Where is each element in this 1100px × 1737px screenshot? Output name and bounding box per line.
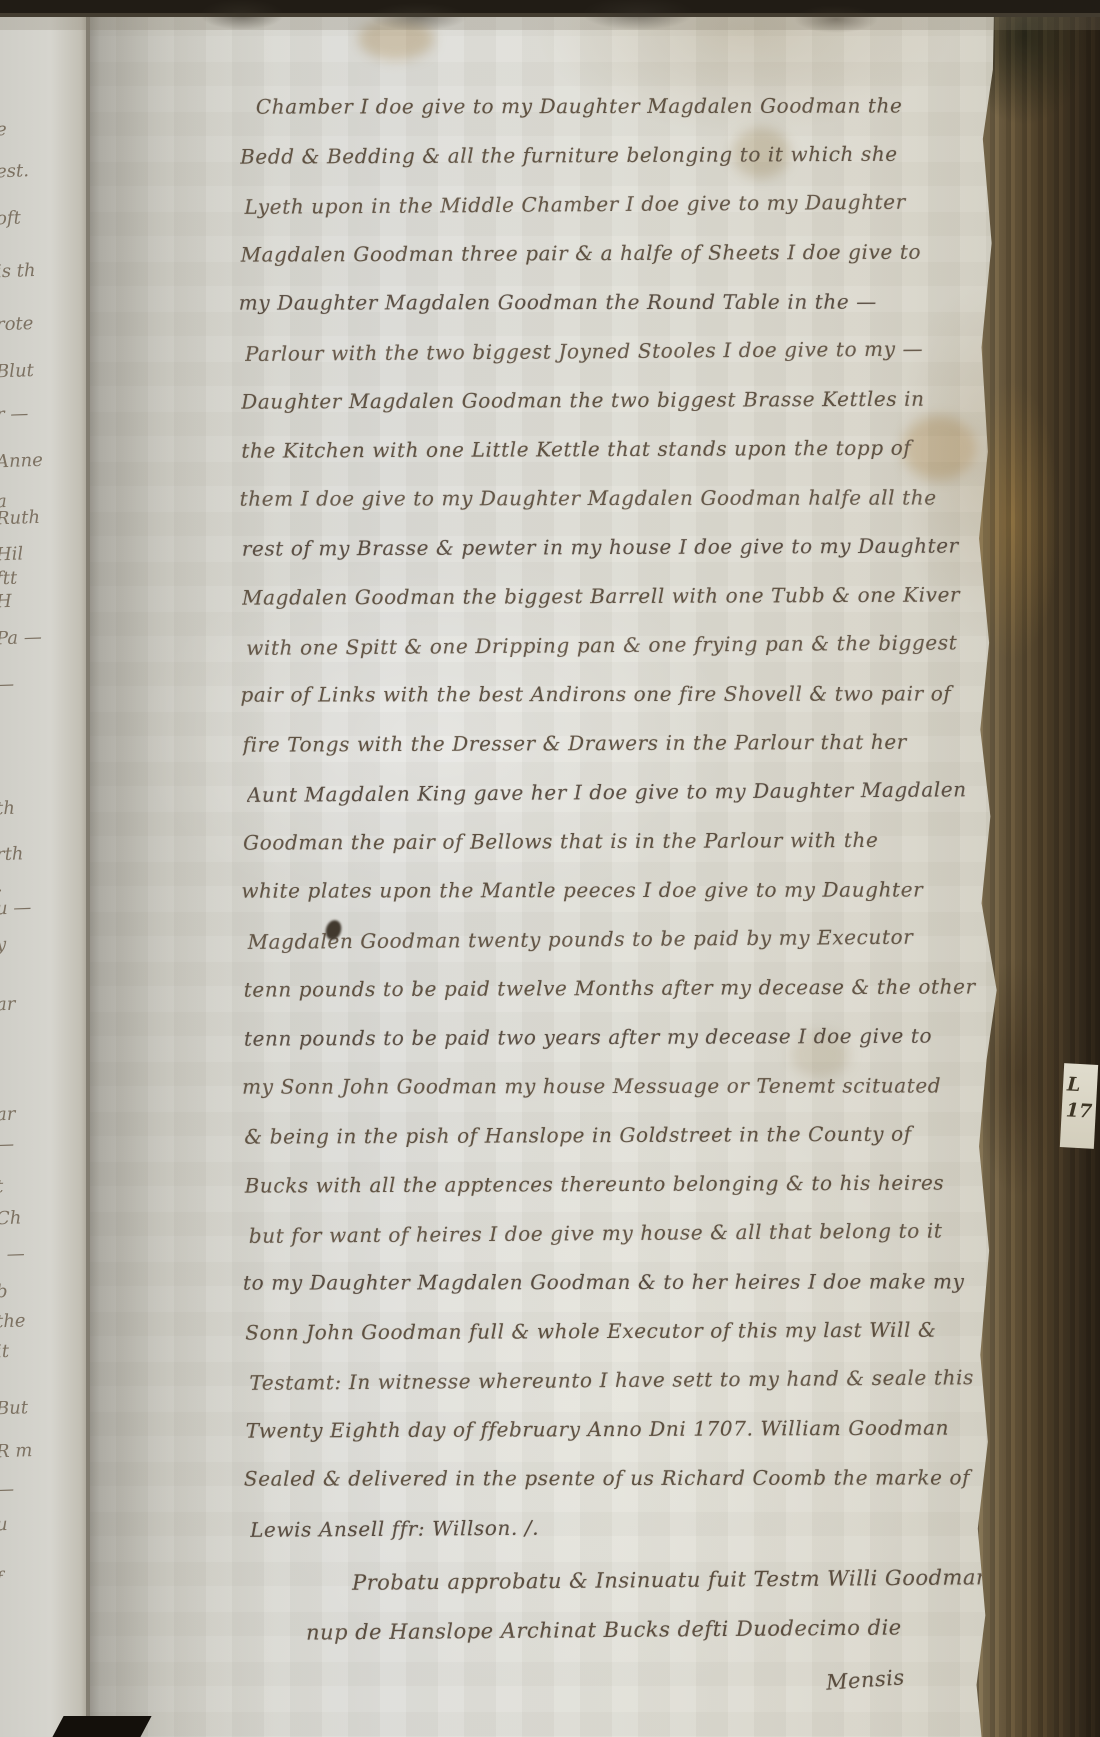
margin-fragment-text: b xyxy=(0,1279,74,1303)
margin-fragment-text: ar xyxy=(0,1102,74,1126)
manuscript-line: Bucks with all the apptences thereunto b… xyxy=(245,1160,993,1212)
margin-fragment-text: rth xyxy=(0,842,74,866)
margin-fragment-text: it xyxy=(0,1339,74,1363)
margin-fragment-text: — xyxy=(0,672,74,696)
margin-fragment-text: the xyxy=(0,1309,74,1333)
manuscript-line: them I doe give to my Daughter Magdalen … xyxy=(240,475,990,525)
manuscript-line: white plates upon the Mantle peeces I do… xyxy=(241,867,991,917)
margin-fragment-text: — xyxy=(0,1132,74,1156)
manuscript-line: Lewis Ansell ffr: Willson. /. xyxy=(250,1502,994,1557)
manuscript-line: Bedd & Bedding & all the furniture belon… xyxy=(240,131,988,183)
margin-fragment-text: r — xyxy=(0,402,74,426)
margin-fragment-text: est. xyxy=(0,159,74,183)
margin-fragment-text: ftt xyxy=(0,566,74,590)
manuscript-line: Sealed & delivered in the psente of us R… xyxy=(244,1455,994,1505)
adjacent-page-label-line2: 17 xyxy=(1061,1097,1096,1125)
paper-stain xyxy=(358,18,434,60)
manuscript-photo: eest.oftis throteBlutr —AnneaRuthHilfttH… xyxy=(0,0,1100,1737)
manuscript-line: Daughter Magdalen Goodman the two bigges… xyxy=(241,376,989,428)
margin-fragment-text: Ruth xyxy=(0,506,74,530)
margin-fragment-text: H xyxy=(0,589,74,613)
binding-edge xyxy=(974,0,1100,1737)
margin-fragment-text: Ch xyxy=(0,1206,74,1230)
margin-fragment-text: t xyxy=(0,1174,74,1198)
margin-fragment-text: is th xyxy=(0,259,74,283)
adjacent-page-label-line1: L xyxy=(1062,1063,1098,1099)
manuscript-line: & being in the pish of Hanslope in Golds… xyxy=(244,1111,992,1163)
will-body-text: Chamber I doe give to my Daughter Magdal… xyxy=(240,82,994,1555)
manuscript-line: Magdalen Goodman the biggest Barrell wit… xyxy=(242,572,990,624)
margin-fragment-text: Pa — xyxy=(0,626,74,650)
margin-fragment-text: ' — xyxy=(0,1242,74,1266)
probate-mensis: Mensis xyxy=(825,1665,905,1694)
manuscript-line: Goodman the pair of Bellows that is in t… xyxy=(243,817,991,869)
margin-fragment-text: ar xyxy=(0,992,74,1016)
margin-fragment-text: oft xyxy=(0,206,74,230)
manuscript-page: Chamber I doe give to my Daughter Magdal… xyxy=(90,12,998,1737)
manuscript-line: Sonn John Goodman full & whole Executor … xyxy=(245,1307,993,1359)
previous-page-edge: eest.oftis throteBlutr —AnneaRuthHilfttH… xyxy=(0,0,92,1737)
margin-fragment-text: y xyxy=(0,932,74,956)
adjacent-page-label: L 17 xyxy=(1060,1063,1098,1149)
margin-fragment-text: u — xyxy=(0,896,74,920)
manuscript-line: Twenty Eighth day of ffebruary Anno Dni … xyxy=(246,1405,994,1457)
manuscript-line: my Daughter Magdalen Goodman the Round T… xyxy=(239,279,989,329)
manuscript-line: Magdalen Goodman twenty pounds to be pai… xyxy=(247,914,991,969)
manuscript-line: tenn pounds to be paid two years after m… xyxy=(244,1013,992,1065)
manuscript-line: fire Tongs with the Dresser & Drawers in… xyxy=(243,719,991,771)
manuscript-line: tenn pounds to be paid twelve Months aft… xyxy=(244,964,992,1016)
margin-fragment-text: u xyxy=(0,1512,74,1536)
manuscript-line: Aunt Magdalen King gave her I doe give t… xyxy=(247,767,991,822)
manuscript-line: the Kitchen with one Little Kettle that … xyxy=(241,425,989,477)
margin-fragment-text: — xyxy=(0,1477,74,1501)
manuscript-line: Magdalen Goodman three pair & a halfe of… xyxy=(240,229,988,281)
probate-line-2: nup de Hanslope Archinat Bucks defti Duo… xyxy=(306,1615,902,1644)
probate-line-1: Probatu approbatu & Insinuatu fuit Testm… xyxy=(352,1565,990,1595)
photo-bottom-edge-mark xyxy=(52,1716,151,1737)
manuscript-line: Parlour with the two biggest Joyned Stoo… xyxy=(245,326,989,381)
manuscript-line: but for want of heires I doe give my hou… xyxy=(249,1208,993,1263)
margin-fragment-text: th xyxy=(0,796,74,820)
manuscript-line: Testamt: In witnesse whereunto I have se… xyxy=(249,1355,993,1410)
margin-fragment-text: R m xyxy=(0,1439,74,1463)
margin-fragment-text: Hil xyxy=(0,542,74,566)
manuscript-line: Chamber I doe give to my Daughter Magdal… xyxy=(256,83,988,133)
margin-fragment-text: But xyxy=(0,1396,74,1420)
manuscript-line: Lyeth upon in the Middle Chamber I doe g… xyxy=(244,179,988,234)
manuscript-line: pair of Links with the best Andirons one… xyxy=(240,671,990,721)
margin-fragment-text: f xyxy=(0,1566,74,1590)
manuscript-line: my Sonn John Goodman my house Messuage o… xyxy=(242,1063,992,1113)
margin-fragment-text: e xyxy=(0,117,74,141)
margin-fragment-text: Blut xyxy=(0,359,74,383)
margin-fragment-text: rote xyxy=(0,312,74,336)
manuscript-line: rest of my Brasse & pewter in my house I… xyxy=(242,523,990,575)
margin-fragment-text: Anne xyxy=(0,449,74,473)
manuscript-line: to my Daughter Magdalen Goodman & to her… xyxy=(243,1259,993,1309)
manuscript-line: with one Spitt & one Dripping pan & one … xyxy=(246,620,990,675)
